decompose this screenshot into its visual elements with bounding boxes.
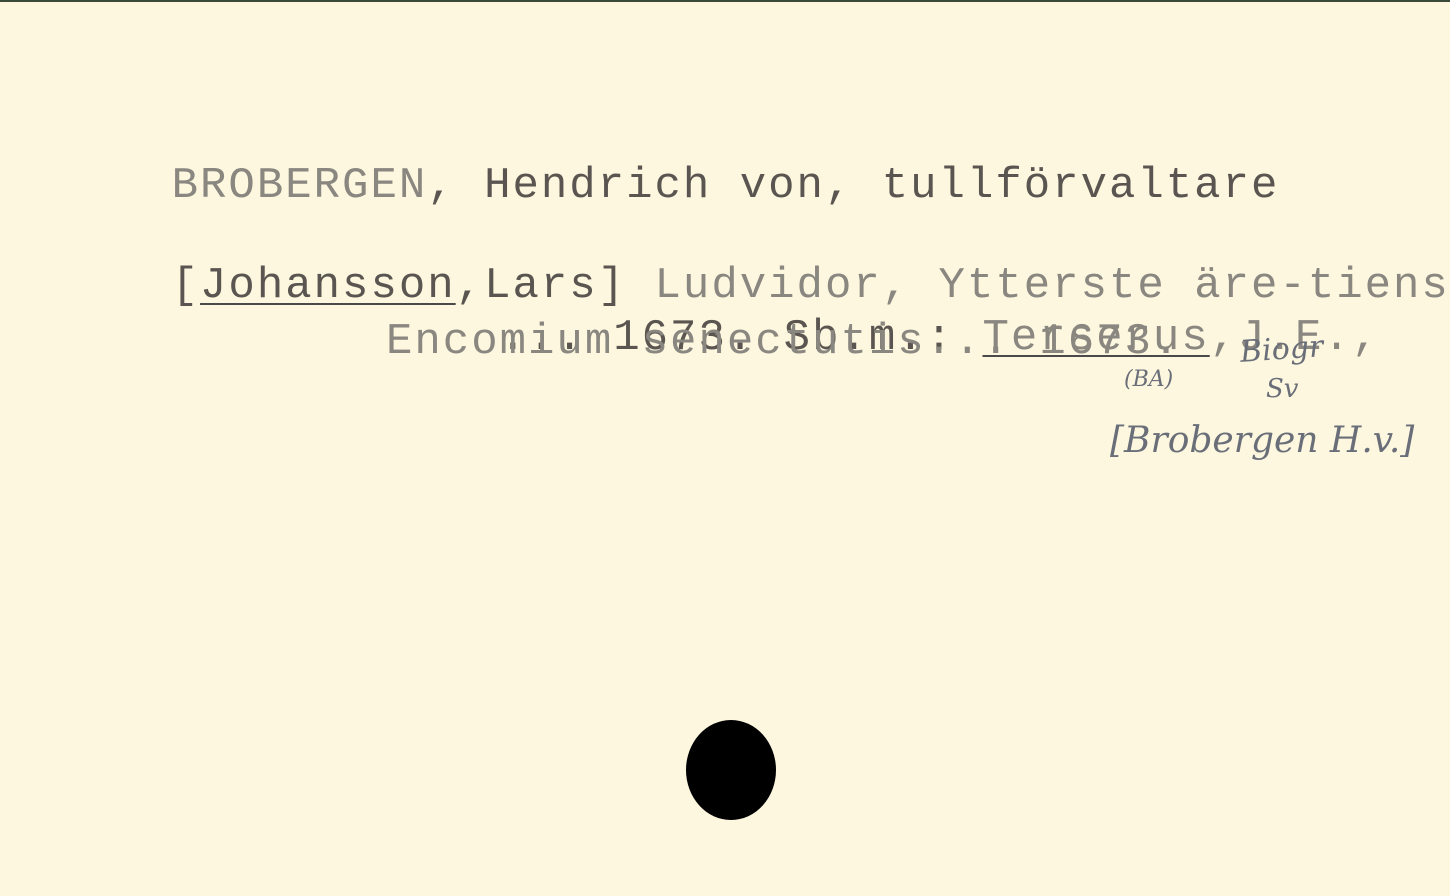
punch-hole [686,720,776,820]
bracket-open: [ [172,261,200,311]
handwritten-note-brobergen: [Brobergen H.v.] [1110,420,1414,461]
handwritten-note-biogr: Biogr [1239,329,1324,370]
heading-surname: BROBERGEN [172,161,428,211]
handwritten-note-sv: Sv [1266,374,1299,404]
heading-rest: , Hendrich von, tullförvaltare [427,161,1279,211]
entry-line-3: Encomium senectutis... 1673. [386,320,1181,364]
catalog-card: BROBERGEN, Hendrich von, tullförvaltare … [0,0,1450,896]
handwritten-note-ba: (BA) [1124,367,1173,392]
